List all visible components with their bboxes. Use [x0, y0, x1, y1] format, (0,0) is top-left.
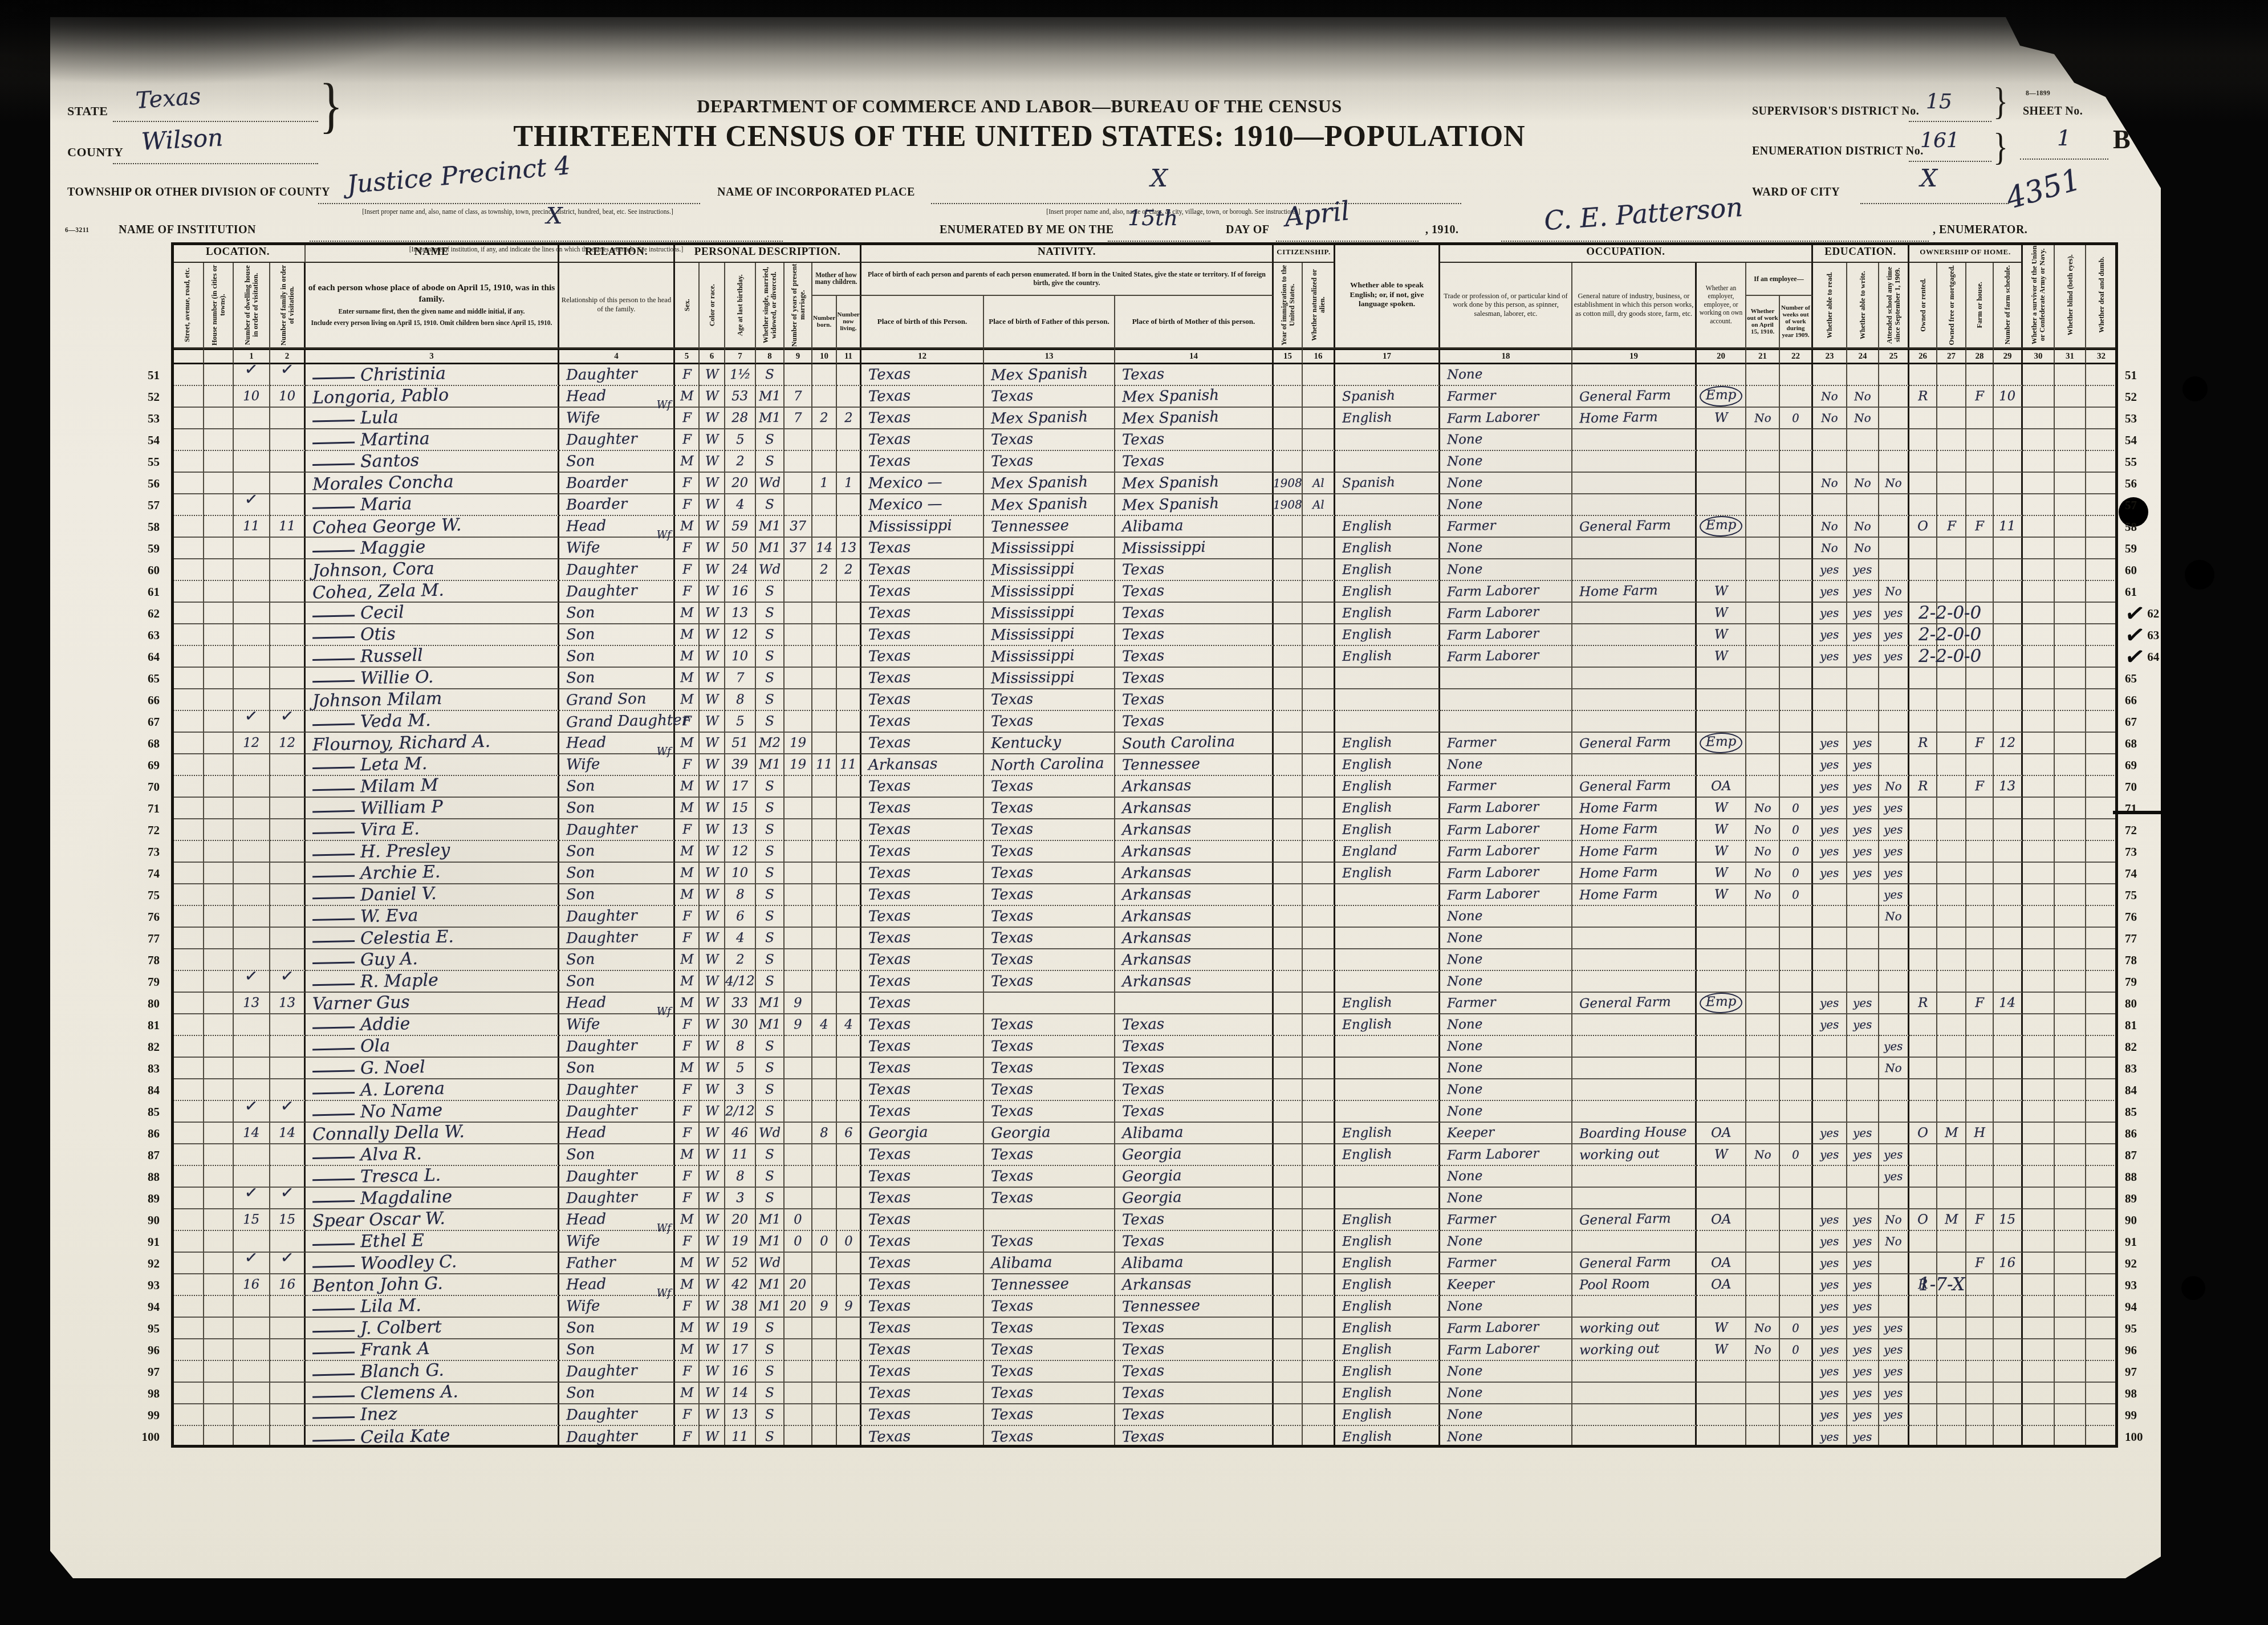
cell-r55-school [1879, 451, 1909, 473]
cell-r57-farm_schedule [1994, 494, 2023, 516]
cell-r82-age: 8 [725, 1036, 756, 1058]
cell-r55-family [270, 451, 306, 473]
cell-r71-house [204, 798, 234, 819]
cell-r58-birth_father: Tennessee [984, 516, 1115, 538]
cell-r86-sex: F [675, 1123, 700, 1144]
cell-r61-relation: Daughter [559, 581, 675, 603]
cell-r52-birth_person: Texas [861, 386, 984, 408]
cell-r60-marital: Wd [756, 559, 785, 581]
cell-r53-free_mortgaged [1937, 408, 1966, 429]
cell-r93-naturalized [1303, 1274, 1335, 1296]
cell-r65-out_of_work [1746, 668, 1780, 689]
cell-r86-family: 14 [270, 1123, 306, 1144]
cell-r61-immigration [1274, 581, 1303, 603]
cell-r73-marital: S [756, 841, 785, 863]
cell-r56-write: No [1847, 473, 1879, 494]
cell-r75-owned_rented [1909, 884, 1937, 906]
cell-r52-deaf [2086, 386, 2118, 408]
cell-r54-owned_rented [1909, 429, 1937, 451]
cell-r81-weeks_out [1780, 1014, 1813, 1036]
row-number-right: 86 [2118, 1123, 2164, 1144]
cell-r84-sex: F [675, 1079, 700, 1101]
row-number-right: 80 [2118, 993, 2164, 1014]
cell-r84-children_living [837, 1079, 861, 1101]
cell-r88-immigration [1274, 1166, 1303, 1188]
cell-r94-write: yes [1847, 1296, 1879, 1318]
cell-r81-birth_mother: Texas [1115, 1014, 1274, 1036]
cell-r89-children_born [812, 1188, 837, 1209]
cell-r81-house [204, 1014, 234, 1036]
cell-r90-read: yes [1813, 1209, 1847, 1231]
cell-r53-deaf [2086, 408, 2118, 429]
year-label: , 1910. [1425, 224, 1459, 237]
cell-r70-free_mortgaged [1937, 776, 1966, 798]
cell-r97-deaf [2086, 1361, 2118, 1383]
cell-r80-immigration [1274, 993, 1303, 1014]
col-number-name: 3 [306, 348, 559, 364]
cell-r99-sex: F [675, 1404, 700, 1426]
cell-r85-trade: None [1440, 1101, 1572, 1123]
cell-r98-marital: S [756, 1383, 785, 1404]
cell-r82-name: Ola [306, 1036, 559, 1058]
cell-r83-house [204, 1058, 234, 1079]
cell-r92-farm_schedule: 16 [1994, 1253, 2023, 1274]
cell-r78-name: Guy A. [306, 949, 559, 971]
cell-r59-veteran [2023, 538, 2055, 559]
cell-r64-birth_person: Texas [861, 646, 984, 668]
cell-r76-color: W [700, 906, 725, 928]
cell-r99-children_living [837, 1404, 861, 1426]
row-number-left: 76 [131, 906, 171, 928]
cell-r66-blind [2055, 689, 2086, 711]
cell-r73-birth_father: Texas [984, 841, 1115, 863]
cell-r93-industry: Pool Room [1572, 1274, 1697, 1296]
cell-r73-name: H. Presley [306, 841, 559, 863]
cell-r67-name: Veda M. [306, 711, 559, 733]
cell-r85-farm_schedule [1994, 1101, 2023, 1123]
row-number-right: 70 [2118, 776, 2164, 798]
cell-r70-street [171, 776, 204, 798]
cell-r90-marital: M1 [756, 1209, 785, 1231]
cell-r87-blind [2055, 1144, 2086, 1166]
cell-r88-marital: S [756, 1166, 785, 1188]
cell-r95-write: yes [1847, 1318, 1879, 1339]
cell-r65-children_born [812, 668, 837, 689]
cell-r56-age: 20 [725, 473, 756, 494]
cell-r83-out_of_work [1746, 1058, 1780, 1079]
row-number-right: 98 [2118, 1383, 2164, 1404]
col-header-school: Attended school any time since September… [1879, 263, 1909, 348]
row-number-left: 67 [131, 711, 171, 733]
cell-r88-street [171, 1166, 204, 1188]
cell-r64-english: English [1335, 646, 1440, 668]
cell-r99-name: Inez [306, 1404, 559, 1426]
cell-r86-farm_schedule [1994, 1123, 2023, 1144]
cell-r85-years_married [785, 1101, 812, 1123]
cell-r95-sex: M [675, 1318, 700, 1339]
cell-r97-children_born [812, 1361, 837, 1383]
cell-r65-marital: S [756, 668, 785, 689]
cell-r72-read: yes [1813, 819, 1847, 841]
cell-r95-marital: S [756, 1318, 785, 1339]
cell-r66-birth_mother: Texas [1115, 689, 1274, 711]
cell-r65-birth_mother: Texas [1115, 668, 1274, 689]
cell-r57-english [1335, 494, 1440, 516]
cell-r52-out_of_work [1746, 386, 1780, 408]
cell-r88-deaf [2086, 1166, 2118, 1188]
row-number-right: 79 [2118, 971, 2164, 993]
cell-r54-dwelling [234, 429, 270, 451]
cell-r91-immigration [1274, 1231, 1303, 1253]
row-number-left: 62 [131, 603, 171, 624]
cell-r91-color: W [700, 1231, 725, 1253]
cell-r96-children_born [812, 1339, 837, 1361]
row-number-left: 82 [131, 1036, 171, 1058]
row-number-left: 61 [131, 581, 171, 603]
cell-r83-weeks_out [1780, 1058, 1813, 1079]
cell-r87-years_married [785, 1144, 812, 1166]
cell-r60-birth_father: Mississippi [984, 559, 1115, 581]
cell-r55-age: 2 [725, 451, 756, 473]
cell-r94-free_mortgaged [1937, 1296, 1966, 1318]
row-number-right: 61 [2118, 581, 2164, 603]
cell-r71-dwelling [234, 798, 270, 819]
cell-r61-years_married [785, 581, 812, 603]
cell-r90-owned_rented: O [1909, 1209, 1937, 1231]
cell-r80-children_living [837, 993, 861, 1014]
cell-r86-birth_father: Georgia [984, 1123, 1115, 1144]
col-number-street [171, 348, 204, 364]
cell-r56-immigration: 1908 [1274, 473, 1303, 494]
cell-r58-marital: M1 [756, 516, 785, 538]
cell-r70-children_born [812, 776, 837, 798]
cell-r69-industry [1572, 754, 1697, 776]
cell-r87-employer: W [1697, 1144, 1746, 1166]
cell-r95-out_of_work: No [1746, 1318, 1780, 1339]
cell-r90-blind [2055, 1209, 2086, 1231]
cell-r58-read: No [1813, 516, 1847, 538]
cell-r56-farm_schedule [1994, 473, 2023, 494]
cell-r94-read: yes [1813, 1296, 1847, 1318]
cell-r67-house [204, 711, 234, 733]
row-number-right: 84 [2118, 1079, 2164, 1101]
cell-r61-school: No [1879, 581, 1909, 603]
cell-r66-employer [1697, 689, 1746, 711]
cell-r56-color: W [700, 473, 725, 494]
cell-r78-years_married [785, 949, 812, 971]
cell-r60-out_of_work [1746, 559, 1780, 581]
col-header-name: of each person whose place of abode on A… [306, 263, 559, 348]
cell-r93-immigration [1274, 1274, 1303, 1296]
row-number-left: 93 [131, 1274, 171, 1296]
cell-r59-english: English [1335, 538, 1440, 559]
cell-r91-owned_rented [1909, 1231, 1937, 1253]
cell-r64-deaf [2086, 646, 2118, 668]
page-title: THIRTEENTH CENSUS OF THE UNITED STATES: … [495, 120, 1544, 153]
col-header-immigration: Year of immigration to the United States… [1274, 263, 1303, 348]
cell-r60-owned_rented [1909, 559, 1937, 581]
cell-r98-street [171, 1383, 204, 1404]
cell-r72-name: Vira E. [306, 819, 559, 841]
cell-r81-school [1879, 1014, 1909, 1036]
cell-r62-birth_person: Texas [861, 603, 984, 624]
cell-r79-veteran [2023, 971, 2055, 993]
cell-r56-blind [2055, 473, 2086, 494]
cell-r76-english [1335, 906, 1440, 928]
cell-r78-write [1847, 949, 1879, 971]
cell-r79-write [1847, 971, 1879, 993]
cell-r55-children_born [812, 451, 837, 473]
cell-r68-free_mortgaged [1937, 733, 1966, 754]
cell-r90-age: 20 [725, 1209, 756, 1231]
cell-r53-family [270, 408, 306, 429]
cell-r64-naturalized [1303, 646, 1335, 668]
cell-r58-children_living [837, 516, 861, 538]
cell-r81-owned_rented [1909, 1014, 1937, 1036]
cell-r97-marital: S [756, 1361, 785, 1383]
cell-r74-children_born [812, 863, 837, 884]
cell-r96-color: W [700, 1339, 725, 1361]
cell-r86-birth_person: Georgia [861, 1123, 984, 1144]
cell-r96-trade: Farm Laborer [1440, 1339, 1572, 1361]
cell-r88-read [1813, 1166, 1847, 1188]
cell-r56-name: Morales Concha [306, 473, 559, 494]
cell-r66-school [1879, 689, 1909, 711]
cell-r64-marital: S [756, 646, 785, 668]
cell-r72-house [204, 819, 234, 841]
cell-r71-years_married [785, 798, 812, 819]
cell-r57-naturalized: Al [1303, 494, 1335, 516]
cell-r56-veteran [2023, 473, 2055, 494]
cell-r66-house [204, 689, 234, 711]
cell-r88-birth_mother: Georgia [1115, 1166, 1274, 1188]
cell-r79-trade: None [1440, 971, 1572, 993]
cell-r78-out_of_work [1746, 949, 1780, 971]
cell-r90-sex: M [675, 1209, 700, 1231]
group-nativity: NATIVITY. [861, 242, 1274, 263]
cell-r65-trade [1440, 668, 1572, 689]
cell-r74-name: Archie E. [306, 863, 559, 884]
cell-r89-age: 3 [725, 1188, 756, 1209]
col-number-birth_mother: 14 [1115, 348, 1274, 364]
cell-r63-years_married [785, 624, 812, 646]
cell-r76-name: W. Eva [306, 906, 559, 928]
cell-r96-industry: working out [1572, 1339, 1697, 1361]
cell-r80-birth_mother [1115, 993, 1274, 1014]
cell-r75-dwelling [234, 884, 270, 906]
cell-r91-free_mortgaged [1937, 1231, 1966, 1253]
cell-r56-school: No [1879, 473, 1909, 494]
row-number-right: 77 [2118, 928, 2164, 949]
cell-r80-english: English [1335, 993, 1440, 1014]
cell-r52-children_living [837, 386, 861, 408]
cell-r68-sex: M [675, 733, 700, 754]
cell-r66-color: W [700, 689, 725, 711]
cell-r82-read [1813, 1036, 1847, 1058]
enum-district-value: 161 [1920, 129, 1960, 152]
cell-r65-free_mortgaged [1937, 668, 1966, 689]
cell-r85-employer [1697, 1101, 1746, 1123]
row-number-right: 99 [2118, 1404, 2164, 1426]
cell-r93-farm_house [1966, 1274, 1994, 1296]
cell-r70-years_married [785, 776, 812, 798]
cell-r64-family [270, 646, 306, 668]
cell-r95-relation: Son [559, 1318, 675, 1339]
cell-r89-birth_person: Texas [861, 1188, 984, 1209]
cell-r81-farm_house [1966, 1014, 1994, 1036]
cell-r53-read: No [1813, 408, 1847, 429]
cell-r92-dwelling: ✓ [234, 1253, 270, 1274]
cell-r59-birth_person: Texas [861, 538, 984, 559]
cell-r97-read: yes [1813, 1361, 1847, 1383]
row-number-right: 90 [2118, 1209, 2164, 1231]
cell-r51-employer [1697, 364, 1746, 386]
cell-r67-english [1335, 711, 1440, 733]
sheet-value: 1 [2057, 125, 2071, 151]
cell-r83-english [1335, 1058, 1440, 1079]
cell-r90-trade: Farmer [1440, 1209, 1572, 1231]
cell-r100-marital: S [756, 1426, 785, 1448]
cell-r53-years_married: 7 [785, 408, 812, 429]
cell-r58-birth_mother: Alibama [1115, 516, 1274, 538]
cell-r95-free_mortgaged [1937, 1318, 1966, 1339]
cell-r54-birth_mother: Texas [1115, 429, 1274, 451]
cell-r72-school: yes [1879, 819, 1909, 841]
cell-r70-industry: General Farm [1572, 776, 1697, 798]
cell-r97-trade: None [1440, 1361, 1572, 1383]
cell-r51-veteran [2023, 364, 2055, 386]
cell-r62-age: 13 [725, 603, 756, 624]
cell-r58-house [204, 516, 234, 538]
cell-r95-years_married [785, 1318, 812, 1339]
cell-r60-color: W [700, 559, 725, 581]
cell-r83-owned_rented [1909, 1058, 1937, 1079]
cell-r76-naturalized [1303, 906, 1335, 928]
cell-r77-dwelling [234, 928, 270, 949]
cell-r69-marital: M1 [756, 754, 785, 776]
cell-r100-employer [1697, 1426, 1746, 1448]
cell-r100-farm_schedule [1994, 1426, 2023, 1448]
cell-r85-street [171, 1101, 204, 1123]
cell-r82-birth_father: Texas [984, 1036, 1115, 1058]
cell-r83-marital: S [756, 1058, 785, 1079]
cell-r93-blind [2055, 1274, 2086, 1296]
cell-r57-relation: Boarder [559, 494, 675, 516]
cell-r93-marital: M1 [756, 1274, 785, 1296]
cell-r92-children_born [812, 1253, 837, 1274]
cell-r81-free_mortgaged [1937, 1014, 1966, 1036]
cell-r69-veteran [2023, 754, 2055, 776]
cell-r93-english: English [1335, 1274, 1440, 1296]
cell-r70-english: English [1335, 776, 1440, 798]
cell-r85-out_of_work [1746, 1101, 1780, 1123]
cell-r70-blind [2055, 776, 2086, 798]
cell-r75-marital: S [756, 884, 785, 906]
cell-r90-birth_person: Texas [861, 1209, 984, 1231]
cell-r73-children_born [812, 841, 837, 863]
cell-r95-children_living [837, 1318, 861, 1339]
cell-r51-color: W [700, 364, 725, 386]
cell-r84-weeks_out [1780, 1079, 1813, 1101]
cell-r68-trade: Farmer [1440, 733, 1572, 754]
cell-r77-weeks_out [1780, 928, 1813, 949]
cell-r53-owned_rented [1909, 408, 1937, 429]
cell-r95-street [171, 1318, 204, 1339]
cell-r83-sex: M [675, 1058, 700, 1079]
cell-r89-blind [2055, 1188, 2086, 1209]
col-header-street: Street, avenue, road, etc. [171, 263, 204, 348]
cell-r75-veteran [2023, 884, 2055, 906]
cell-r82-deaf [2086, 1036, 2118, 1058]
cell-r96-birth_mother: Texas [1115, 1339, 1274, 1361]
cell-r98-birth_mother: Texas [1115, 1383, 1274, 1404]
cell-r76-free_mortgaged [1937, 906, 1966, 928]
cell-r60-children_living: 2 [837, 559, 861, 581]
cell-r85-english [1335, 1101, 1440, 1123]
cell-r91-years_married: 0 [785, 1231, 812, 1253]
cell-r59-dwelling [234, 538, 270, 559]
cell-r66-age: 8 [725, 689, 756, 711]
cell-r86-years_married [785, 1123, 812, 1144]
cell-r91-deaf [2086, 1231, 2118, 1253]
cell-r77-sex: F [675, 928, 700, 949]
row-number-right: 67 [2118, 711, 2164, 733]
cell-r69-birth_father: North Carolina [984, 754, 1115, 776]
cell-r99-street [171, 1404, 204, 1426]
cell-r73-naturalized [1303, 841, 1335, 863]
cell-r65-street [171, 668, 204, 689]
cell-r58-children_born [812, 516, 837, 538]
cell-r75-weeks_out: 0 [1780, 884, 1813, 906]
cell-r77-marital: S [756, 928, 785, 949]
cell-r78-birth_mother: Arkansas [1115, 949, 1274, 971]
cell-r79-immigration [1274, 971, 1303, 993]
cell-r82-veteran [2023, 1036, 2055, 1058]
cell-r54-color: W [700, 429, 725, 451]
cell-r98-name: Clemens A. [306, 1383, 559, 1404]
row-number-left: 94 [131, 1296, 171, 1318]
cell-r59-birth_father: Mississippi [984, 538, 1115, 559]
cell-r70-read: yes [1813, 776, 1847, 798]
cell-r81-color: W [700, 1014, 725, 1036]
cell-r95-veteran [2023, 1318, 2055, 1339]
cell-r64-relation: Son [559, 646, 675, 668]
cell-r61-marital: S [756, 581, 785, 603]
cell-r84-birth_mother: Texas [1115, 1079, 1274, 1101]
cell-r67-family: ✓ [270, 711, 306, 733]
row-number-left: 57 [131, 494, 171, 516]
cell-r55-sex: M [675, 451, 700, 473]
cell-r71-family [270, 798, 306, 819]
county-value: Wilson [141, 123, 224, 155]
row-number-left: 85 [131, 1101, 171, 1123]
cell-r76-farm_house [1966, 906, 1994, 928]
cell-r51-industry [1572, 364, 1697, 386]
cell-r71-immigration [1274, 798, 1303, 819]
cell-r92-employer: OA [1697, 1253, 1746, 1274]
cell-r82-owned_rented [1909, 1036, 1937, 1058]
cell-r98-blind [2055, 1383, 2086, 1404]
cell-r67-school [1879, 711, 1909, 733]
cell-r69-naturalized [1303, 754, 1335, 776]
cell-r89-street [171, 1188, 204, 1209]
cell-r75-birth_father: Texas [984, 884, 1115, 906]
cell-r84-naturalized [1303, 1079, 1335, 1101]
cell-r63-veteran [2023, 624, 2055, 646]
cell-r79-years_married [785, 971, 812, 993]
cell-r66-deaf [2086, 689, 2118, 711]
cell-r97-owned_rented [1909, 1361, 1937, 1383]
